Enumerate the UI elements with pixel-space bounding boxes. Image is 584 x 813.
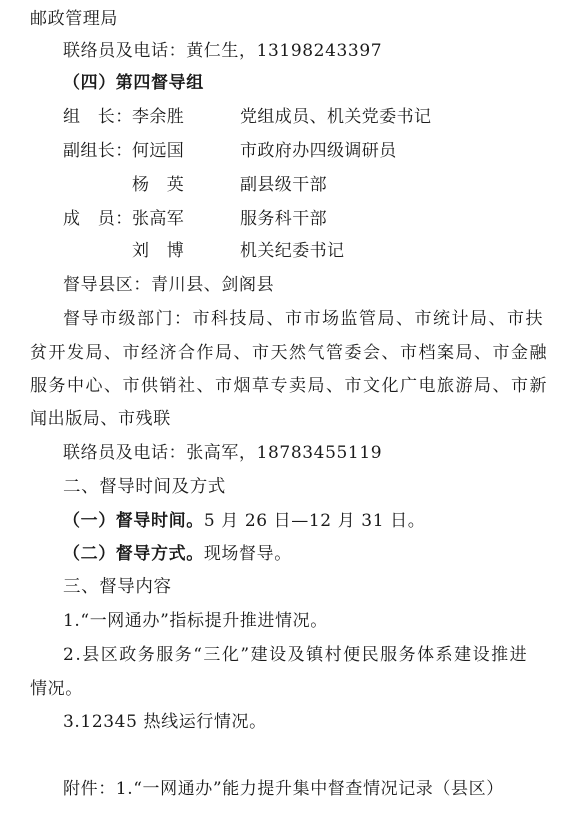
contact-group3: 联络员及电话：黄仁生，13198243397 xyxy=(63,40,382,62)
content-item-1: 1.“一网通办”指标提升推进情况。 xyxy=(63,610,328,632)
dept-list-tail: 邮政管理局 xyxy=(30,8,118,30)
time-label: （一）督导时间。 xyxy=(63,511,204,531)
supervision-method: （二）督导方式。现场督导。 xyxy=(63,543,292,565)
dept-paragraph-line-2: 贫开发局、市经济合作局、市天然气管委会、市档案局、市金融 xyxy=(30,342,548,364)
method-value: 现场督导。 xyxy=(204,544,292,564)
role-label: 副组长： xyxy=(63,140,133,162)
member-title: 市政府办四级调研员 xyxy=(240,140,397,162)
document-page: 邮政管理局 联络员及电话：黄仁生，13198243397 （四）第四督导组 组 … xyxy=(0,0,584,813)
content-item-2-line-1: 2.县区政务服务“三化”建设及镇村便民服务体系建设推进 xyxy=(63,644,528,666)
time-value: 5 月 26 日—12 月 31 日。 xyxy=(204,511,426,531)
supervised-counties: 督导县区：青川县、剑阁县 xyxy=(63,274,274,296)
role-label: 组 长： xyxy=(63,106,133,128)
dept-paragraph-line-4: 闻出版局、市残联 xyxy=(30,408,171,430)
member-title: 服务科干部 xyxy=(240,208,327,230)
content-item-2-line-2: 情况。 xyxy=(30,678,83,700)
method-label: （二）督导方式。 xyxy=(63,544,204,564)
group4-heading: （四）第四督导组 xyxy=(63,72,204,94)
section-3-heading: 三、督导内容 xyxy=(63,576,172,598)
member-name: 刘 博 xyxy=(132,240,184,262)
supervision-time: （一）督导时间。5 月 26 日—12 月 31 日。 xyxy=(63,510,425,532)
member-name: 杨 英 xyxy=(132,174,184,196)
member-title: 副县级干部 xyxy=(240,174,327,196)
dept-paragraph-line-3: 服务中心、市供销社、市烟草专卖局、市文化广电旅游局、市新 xyxy=(30,375,548,397)
member-title: 党组成员、机关党委书记 xyxy=(240,106,431,128)
role-label: 成 员： xyxy=(63,208,133,230)
member-name: 张高军 xyxy=(132,208,184,230)
member-title: 机关纪委书记 xyxy=(240,240,344,262)
contact-group4: 联络员及电话：张高军，18783455119 xyxy=(63,442,382,464)
attachment-line: 附件：1.“一网通办”能力提升集中督查情况记录（县区） xyxy=(63,778,504,800)
section-2-heading: 二、督导时间及方式 xyxy=(63,476,226,498)
content-item-3: 3.12345 热线运行情况。 xyxy=(63,711,267,733)
dept-paragraph-line-1: 督导市级部门：市科技局、市市场监管局、市统计局、市扶 xyxy=(63,308,544,330)
member-name: 李余胜 xyxy=(132,106,184,128)
member-name: 何远国 xyxy=(132,140,184,162)
